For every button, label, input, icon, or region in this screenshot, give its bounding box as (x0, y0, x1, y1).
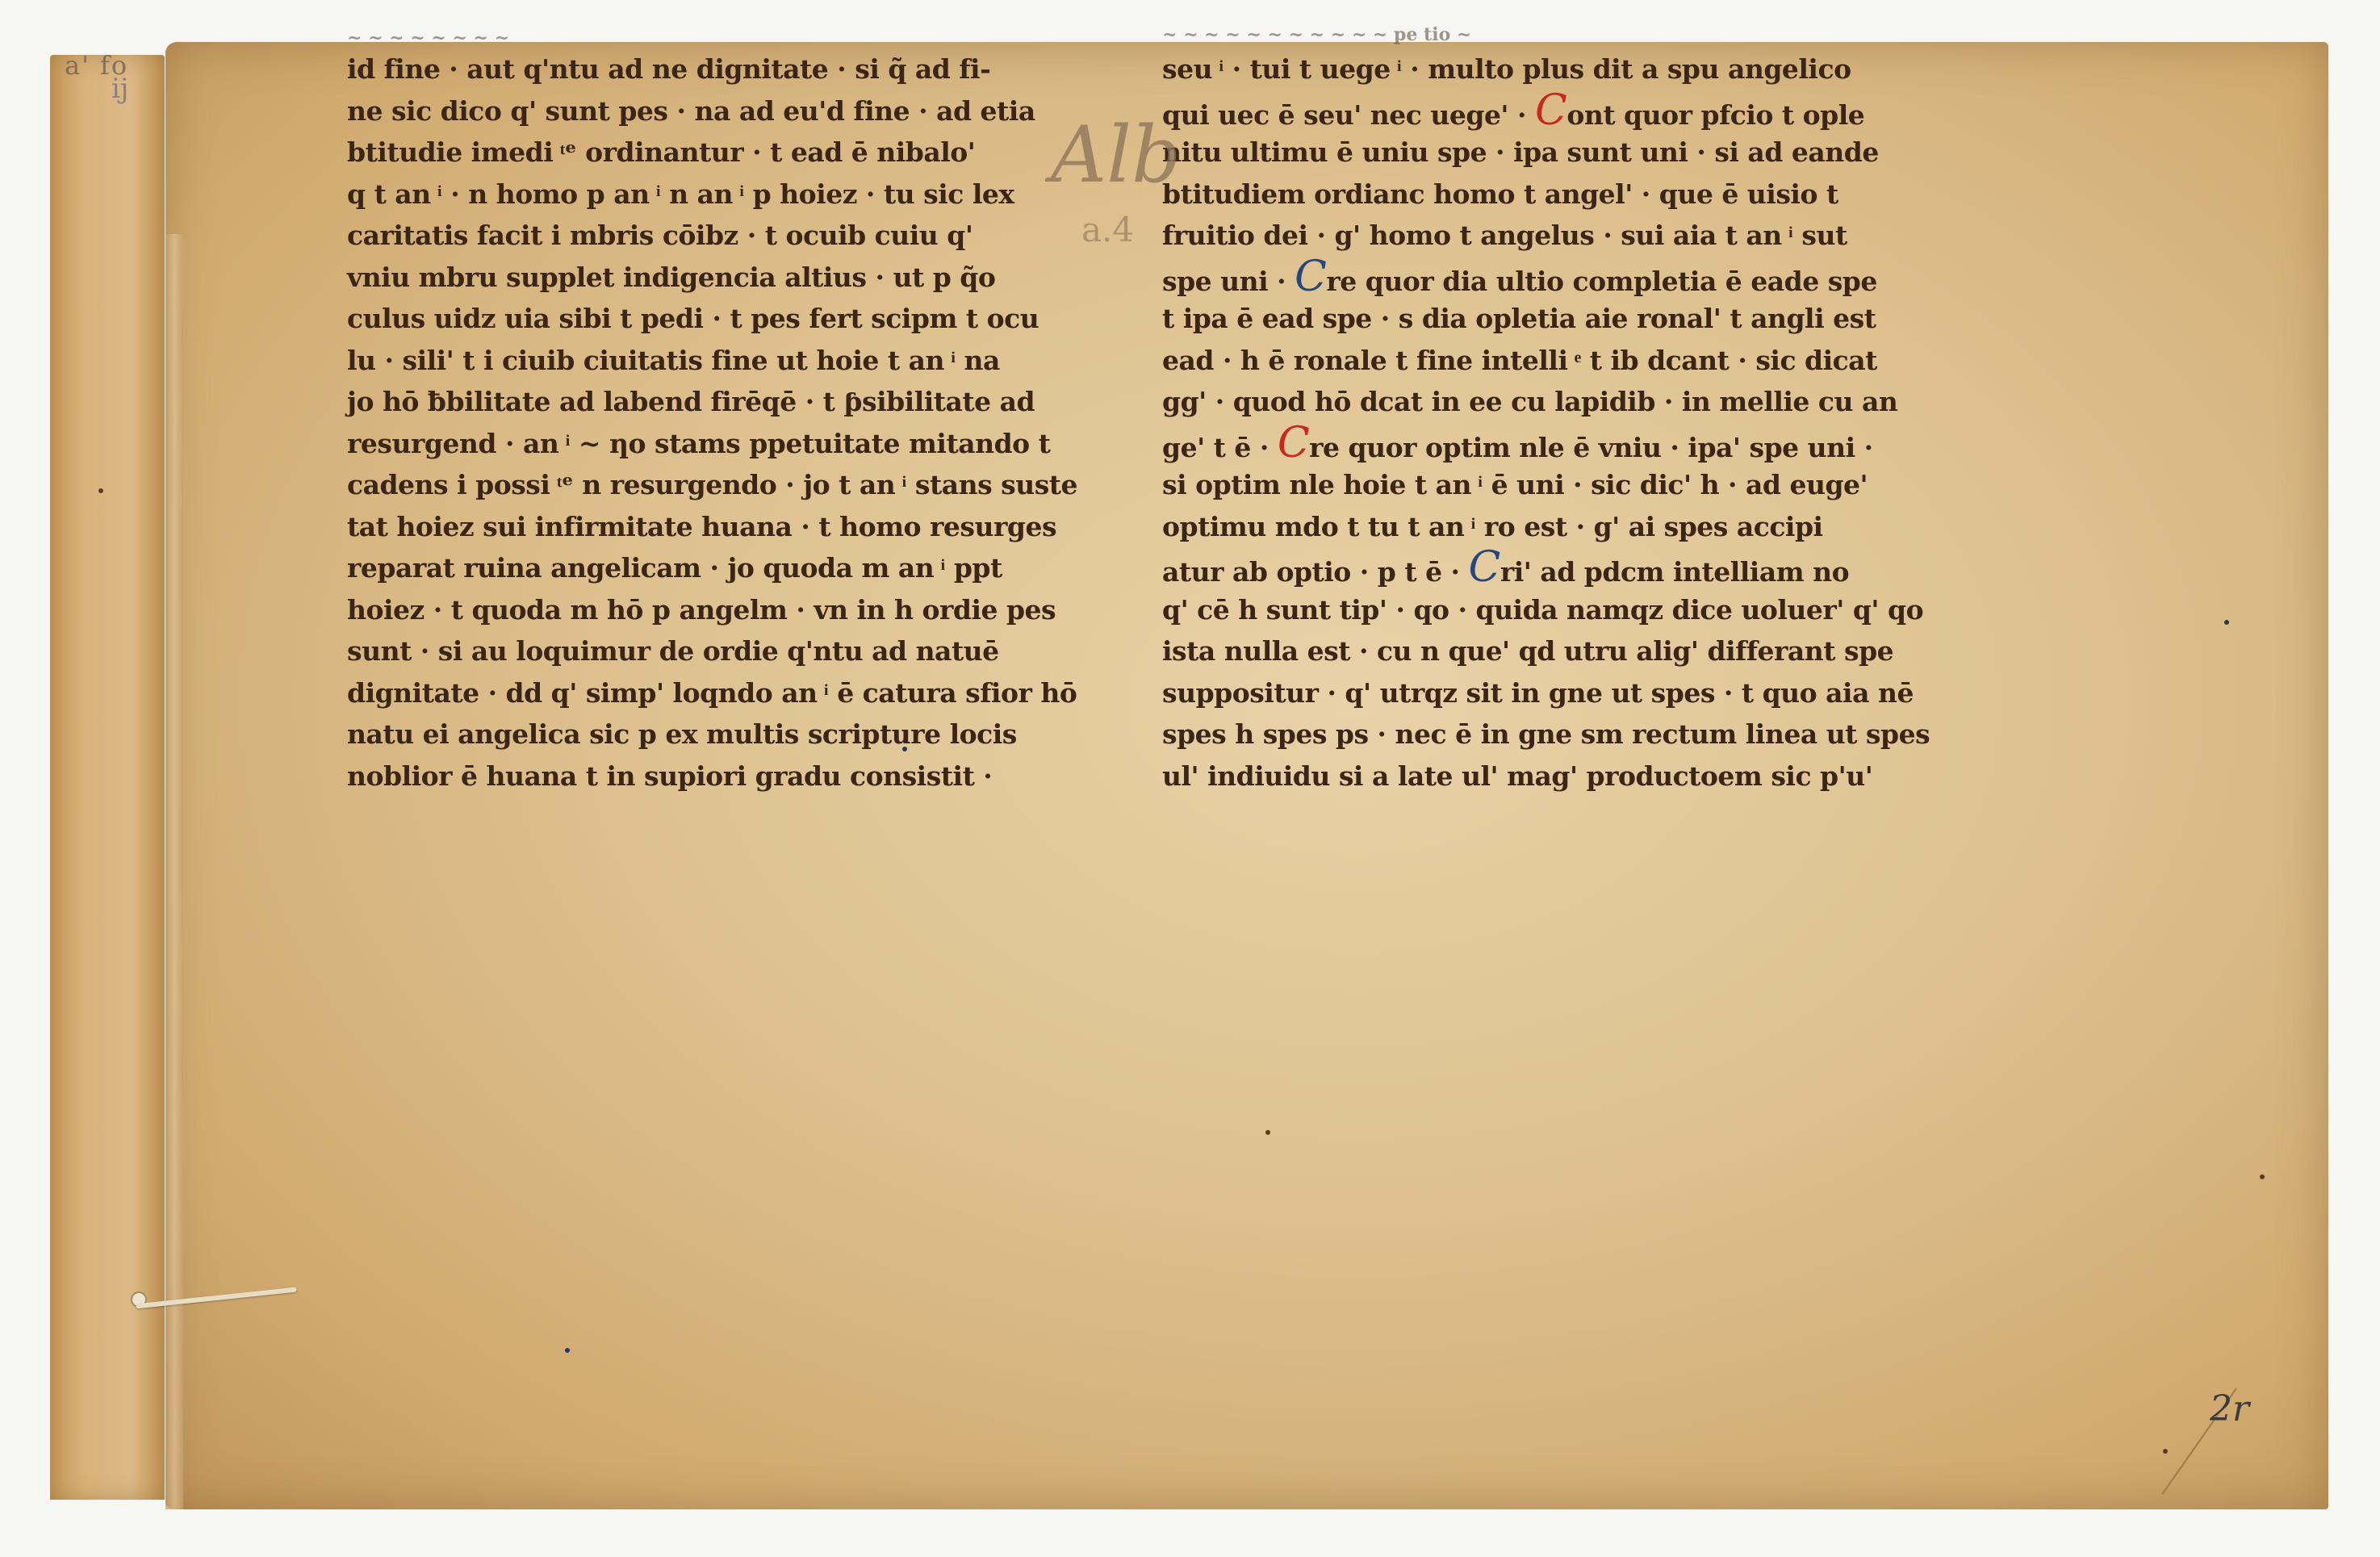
line-text: re quor dia ultio completia ē eade spe (1326, 266, 1876, 297)
manuscript-line: tat hoiez sui infirmitate huana · t homo… (347, 506, 1077, 548)
manuscript-line: ul' indiuidu si a late ul' mag' producto… (1162, 755, 1930, 797)
manuscript-line: btitudiem ordianc homo t angel' · que ē … (1162, 174, 1930, 216)
trimmed-top-line-left: ~ ~ ~ ~ ~ ~ ~ ~ (347, 27, 509, 48)
line-text: spe uni · (1162, 266, 1295, 297)
manuscript-line: jo hō ƀbilitate ad labend firēqē · t ƥsi… (347, 381, 1077, 423)
manuscript-line: atur ab optio · p t ē · Cri' ad pdcm int… (1162, 547, 1930, 589)
manuscript-line: qui uec ē seu' nec uege' · Cont quor pfc… (1162, 90, 1930, 132)
manuscript-line: nitu ultimu ē uniu spe · ipa sunt uni · … (1162, 132, 1930, 174)
ink-speck (98, 488, 103, 493)
manuscript-line: ne sic dico q' sunt pes · na ad eu'd fin… (347, 90, 1077, 132)
manuscript-line: lu · sili' t i ciuib ciuitatis fine ut h… (347, 340, 1077, 382)
manuscript-line: q t an ͥ · n homo p an ͥ n an ͥ p hoiez … (347, 174, 1077, 216)
manuscript-line: btitudie imedi ͭᵉ ordinantur · t ead ē n… (347, 132, 1077, 174)
margin-annotation: Alb (1051, 110, 1181, 200)
manuscript-line: spes h spes ps · nec ē in gne sm rectum … (1162, 714, 1930, 755)
line-text: atur ab optio · p t ē · (1162, 556, 1469, 588)
text-column-left: id fine · aut q'ntu ad ne dignitate · si… (347, 48, 1077, 797)
manuscript-line: vniu mbru supplet indigencia altius · ut… (347, 257, 1077, 299)
line-text: ri' ad pdcm intelliam no (1500, 556, 1849, 588)
ink-speck (565, 1348, 570, 1353)
ink-speck (2260, 1174, 2265, 1179)
line-text: ont quor pfcio t ople (1566, 99, 1864, 131)
manuscript-line: noblior ē huana t in supiori gradu consi… (347, 755, 1077, 797)
manuscript-line: q' cē h sunt tip' · qo · quida namqz dic… (1162, 589, 1930, 631)
manuscript-line: fruitio dei · g' homo t angelus · sui ai… (1162, 215, 1930, 257)
manuscript-line: gg' · quod hō dcat in ee cu lapidib · in… (1162, 381, 1930, 423)
ink-speck (2163, 1449, 2168, 1454)
ink-speck (2224, 620, 2229, 625)
stub-mark: ij (111, 73, 128, 105)
ink-speck (1265, 1130, 1270, 1135)
manuscript-line: si optim nle hoie t an ͥ ē uni · sic dic… (1162, 464, 1930, 506)
manuscript-line: ge' t ē · Cre quor optim nle ē vniu · ip… (1162, 423, 1930, 465)
line-text: re quor optim nle ē vniu · ipa' spe uni … (1309, 432, 1872, 463)
trimmed-top-line-right: ~ ~ ~ ~ ~ ~ ~ ~ ~ ~ ~ pe tio ~ (1162, 24, 1471, 45)
decorated-initial-red: C (1278, 419, 1309, 467)
ink-speck (902, 747, 907, 751)
manuscript-line: optimu mdo t tu t an ͥ ro est · g' ai sp… (1162, 506, 1930, 548)
margin-annotation-sub: a.4 (1081, 210, 1134, 249)
manuscript-line: caritatis facit i mbris cōibz · t ocuib … (347, 215, 1077, 257)
manuscript-line: suppositur · q' utrqz sit in gne ut spes… (1162, 672, 1930, 714)
binding-stub (50, 55, 165, 1500)
manuscript-line: hoiez · t quoda m hō p angelm · vn in h … (347, 589, 1077, 631)
manuscript-line: t ipa ē ead spe · s dia opletia aie rona… (1162, 298, 1930, 340)
manuscript-line: spe uni · Cre quor dia ultio completia ē… (1162, 257, 1930, 299)
line-text: ge' t ē · (1162, 432, 1278, 463)
decorated-initial-blue: C (1295, 253, 1326, 301)
manuscript-line: seu ͥ · tui t uege ͥ · multo plus dit a … (1162, 48, 1930, 90)
manuscript-line: natu ei angelica sic p ex multis scriptu… (347, 714, 1077, 755)
decorated-initial-red: C (1535, 86, 1566, 135)
manuscript-line: ista nulla est · cu n que' qd utru alig'… (1162, 630, 1930, 672)
manuscript-line: cadens i possi ͭᵉ n resurgendo · jo t an… (347, 464, 1077, 506)
folio-number: 2r (2210, 1388, 2249, 1429)
manuscript-line: culus uidz uia sibi t pedi · t pes fert … (347, 298, 1077, 340)
manuscript-line: sunt · si au loquimur de ordie q'ntu ad … (347, 630, 1077, 672)
line-text: qui uec ē seu' nec uege' · (1162, 99, 1535, 131)
manuscript-line: dignitate · dd q' simp' loqndo an ͥ ē ca… (347, 672, 1077, 714)
decorated-initial-blue: C (1469, 543, 1500, 592)
gutter-fold (165, 234, 183, 1509)
text-column-right: seu ͥ · tui t uege ͥ · multo plus dit a … (1162, 48, 1930, 797)
manuscript-line: ead · h ē ronale t fine intelli ͤ t ib d… (1162, 340, 1930, 382)
manuscript-line: reparat ruina angelicam · jo quoda m an … (347, 547, 1077, 589)
manuscript-line: id fine · aut q'ntu ad ne dignitate · si… (347, 48, 1077, 90)
manuscript-line: resurgend · an ͥ ~ ƞo stams ppetuitate m… (347, 423, 1077, 465)
